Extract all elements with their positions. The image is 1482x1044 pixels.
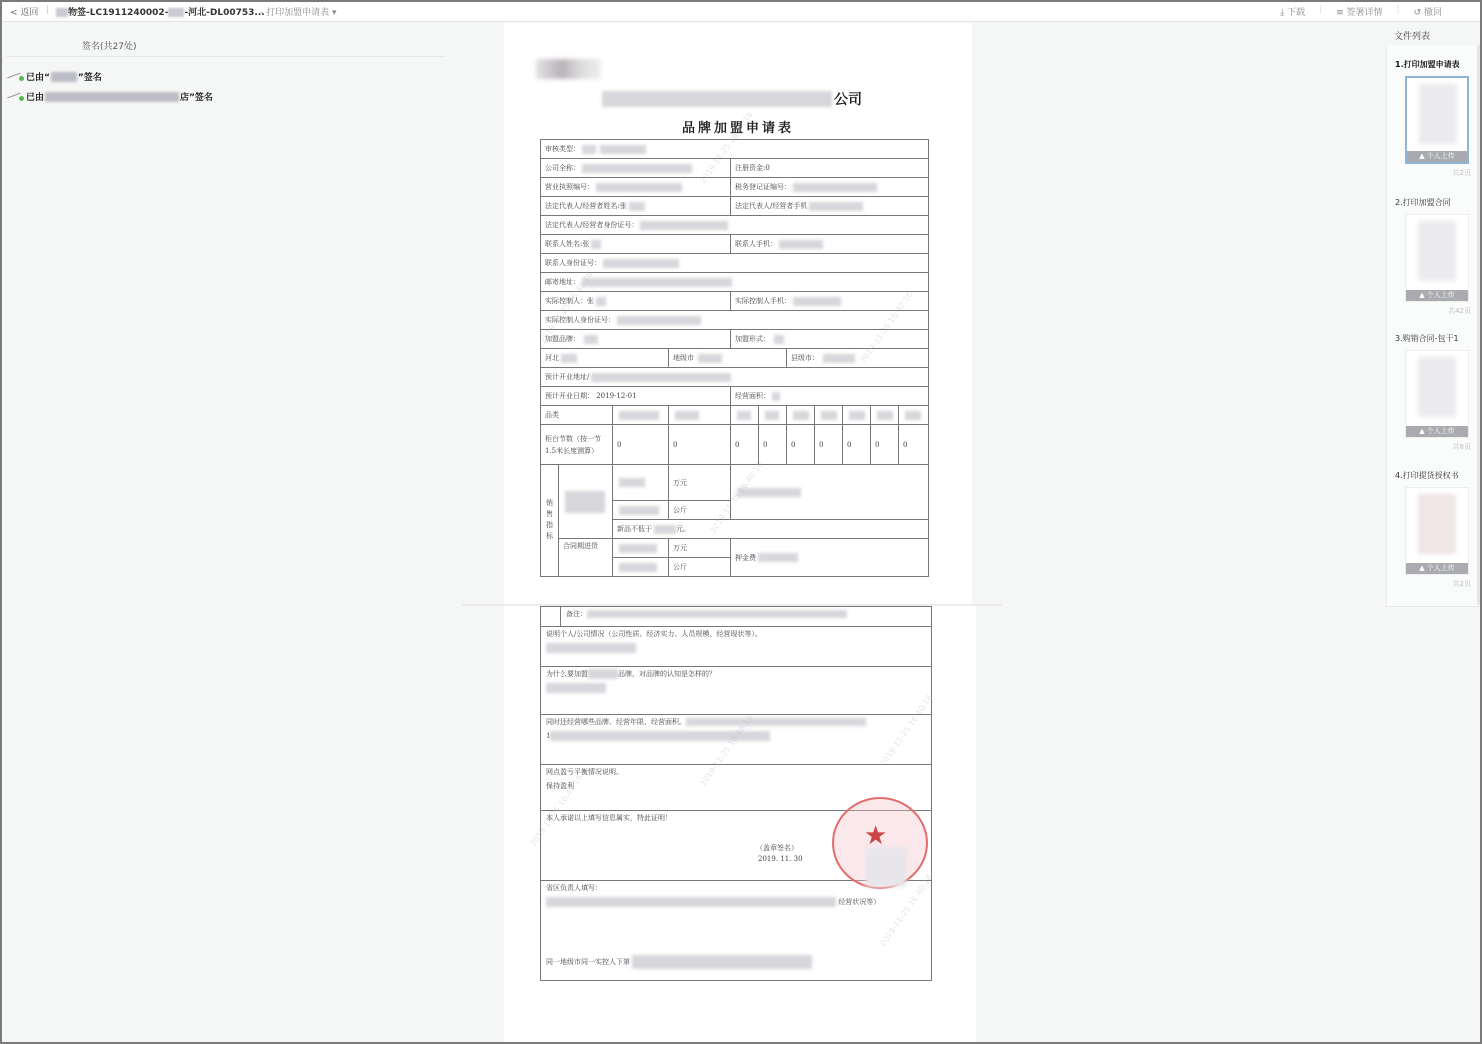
form-cell: 备注： [561,607,932,627]
form-cell: 联系人手机： [731,235,929,254]
company-logo [536,59,601,79]
back-button[interactable]: < 返回 [10,5,38,18]
file-item[interactable]: 3.购销合同-包干1 ▲ 个人上传 共8页 [1395,333,1475,452]
redacted-text [602,91,832,107]
redacted-text [866,847,906,887]
form-cell: 实际控制人手机： [731,292,929,311]
counter-value: 0 [871,425,899,465]
document-page-1: 公司 品牌加盟申请表 审核类型： 公司全称：注册资金:0 营业执照编号：税务登记… [504,23,972,605]
upload-badge: ▲ 个人上传 [1407,151,1467,162]
divider: | [1397,5,1400,18]
title-part: -河北-DL00753... [184,8,264,18]
form-cell: 为什么要加盟品牌，对品牌的认知是怎样的？ [541,667,932,715]
file-item[interactable]: 1.打印加盟申请表 ▲ 个人上传 共2页 [1395,59,1475,178]
form-cell: 审核类型： [541,140,929,159]
form-cell: 品类 [541,406,613,425]
form-cell: 营业执照编号： [541,178,731,197]
form-cell: 法定代表人/经营者姓名:张 [541,197,731,216]
form-cell: 押金费 [731,539,929,577]
form-cell: 税务登记证编号： [731,178,929,197]
divider: | [46,5,49,15]
counter-value: 0 [843,425,871,465]
signature-count: 签名(共27处) [82,39,136,52]
company-heading: 公司 [602,89,932,107]
counter-value: 0 [815,425,843,465]
form-cell: 万元 [669,539,731,558]
form-cell: 预计开业日期： 2019-12-01 [541,387,731,406]
download-button[interactable]: ⤓ 下载 [1280,5,1305,18]
signature-suffix: 店”签名 [180,90,213,103]
form-cell [669,406,731,425]
file-list: 1.打印加盟申请表 ▲ 个人上传 共2页 2.打印加盟合同 ▲ 个人上传 共42… [1386,45,1480,607]
file-item[interactable]: 2.打印加盟合同 ▲ 个人上传 共42页 [1395,197,1475,316]
form-cell [613,539,669,558]
form-cell: 注册资金:0 [731,159,929,178]
form-cell [899,406,929,425]
signature-prefix: 已由“ [26,70,50,83]
signature-pen-icon [6,72,26,82]
redacted-text [45,92,179,102]
form-cell: 邮寄地址： [541,273,929,292]
form-cell: 柜台节数（按一节1.5米长度测算） [541,425,613,465]
form-cell: 公司全称： [541,159,731,178]
top-bar: < 返回 | 物签-LC1911240002--河北-DL00753... - … [2,2,1480,22]
company-suffix: 公司 [834,89,862,109]
file-name[interactable]: 2.打印加盟合同 [1395,197,1475,208]
form-cell [731,465,929,520]
form-cell [871,406,899,425]
form-cell: 实际控制人身份证号： [541,311,929,330]
divider [6,56,446,57]
form-cell: 新品不低于元。 [613,520,929,539]
sub-prefix: - [260,8,263,18]
form-cell: 同时还经营哪些品牌、经营年限、经营面积。1 [541,715,932,765]
scrollbar[interactable] [1477,45,1480,605]
redacted-text [51,72,77,82]
upload-badge: ▲ 个人上传 [1406,426,1468,437]
page-count: 共2页 [1395,579,1475,589]
form-cell: 省区负责人填写： 经营状况等）同一地级市同一实控人下第 [541,881,932,981]
form-cell [759,406,787,425]
form-cell [613,465,669,501]
application-form-table: 审核类型： 公司全称：注册资金:0 营业执照编号：税务登记证编号： 法定代表人/… [540,139,929,577]
page-count: 共42页 [1395,306,1475,316]
form-cell: 法定代表人/经营者手机 [731,197,929,216]
form-cell: 预计开业地址/ [541,368,929,387]
form-cell [613,501,669,520]
company-seal-stamp: ★ [832,797,928,889]
signature-panel: 签名(共27处) 已由“ ”签名 已由 店”签名 [2,23,446,1044]
form-cell: 说明个人/公司情况（公司性质、经济实力、人员规模、经营现状等）。 [541,627,932,667]
title-part: 物签-LC1911240002- [68,8,168,18]
form-cell: 公斤 [669,558,731,577]
form-cell: 公斤 [669,501,731,520]
counter-value: 0 [613,425,669,465]
file-list-title: 文件列表 [1394,29,1430,42]
sign-detail-button[interactable]: ≡ 签署详情 [1336,5,1382,18]
file-thumbnail[interactable]: ▲ 个人上传 [1405,487,1469,575]
document-switcher[interactable]: - 打印加盟申请表 ▾ [260,5,337,18]
file-name[interactable]: 3.购销合同-包干1 [1395,333,1475,344]
page-count: 共8页 [1395,442,1475,452]
page-count: 共2页 [1395,168,1475,178]
signature-prefix: 已由 [26,90,44,103]
form-cell: 合同期进货 [559,539,613,577]
sales-target-label: 销售指标 [541,465,559,577]
divider: | [1319,5,1322,18]
counter-value: 0 [759,425,787,465]
counter-value: 0 [731,425,759,465]
form-cell: 加盟品牌： [541,330,731,349]
form-cell: 加盟形式： [731,330,929,349]
form-cell: 联系人姓名:张 [541,235,731,254]
file-list-panel: 文件列表 1.打印加盟申请表 ▲ 个人上传 共2页 2.打印加盟合同 ▲ 个人上… [1386,23,1480,1044]
form-cell: 经营面积： [731,387,929,406]
signature-item[interactable]: 已由“ ”签名 [6,70,102,83]
file-name[interactable]: 4.打印提货授权书 [1395,470,1475,481]
form-cell [613,406,669,425]
file-name[interactable]: 1.打印加盟申请表 [1395,59,1475,70]
current-document: 打印加盟申请表 ▾ [266,8,336,18]
toolbar-actions: ⤓ 下载 | ≡ 签署详情 | ↺ 撤回 [1280,5,1442,18]
form-cell: 万元 [669,465,731,501]
form-cell: 实际控制人：张 [541,292,731,311]
upload-badge: ▲ 个人上传 [1406,290,1468,301]
file-thumbnail[interactable]: ▲ 个人上传 [1405,214,1469,302]
redacted-text [168,8,184,17]
form-cell [731,406,759,425]
form-cell [843,406,871,425]
revoke-button[interactable]: ↺ 撤回 [1414,5,1442,18]
signature-item[interactable]: 已由 店”签名 [6,90,213,103]
form-cell: 法定代表人/经营者身份证号： [541,216,929,235]
form-cell: 联系人身份证号： [541,254,929,273]
form-cell [613,558,669,577]
file-item[interactable]: 4.打印提货授权书 ▲ 个人上传 共2页 [1395,470,1475,589]
signature-pen-icon [6,92,26,102]
form-cell: 河北 [541,349,669,368]
form-cell [559,465,613,539]
form-cell: 县级市： [787,349,929,368]
redacted-text [56,8,68,17]
upload-badge: ▲ 个人上传 [1406,563,1468,574]
form-cell: 地级市 [669,349,787,368]
signature-suffix: ”签名 [78,70,102,83]
form-cell [815,406,843,425]
form-title: 品牌加盟申请表 [504,117,972,136]
counter-value: 0 [899,425,929,465]
file-thumbnail[interactable]: ▲ 个人上传 [1405,76,1469,164]
file-thumbnail[interactable]: ▲ 个人上传 [1405,350,1469,438]
counter-value: 0 [787,425,815,465]
form-cell [541,607,561,627]
counter-value: 0 [669,425,731,465]
application-form-table-continued: 备注： 说明个人/公司情况（公司性质、经济实力、人员规模、经营现状等）。 为什么… [540,606,932,981]
form-cell [787,406,815,425]
star-icon: ★ [864,823,887,849]
contract-title: 物签-LC1911240002--河北-DL00753... [56,5,265,18]
